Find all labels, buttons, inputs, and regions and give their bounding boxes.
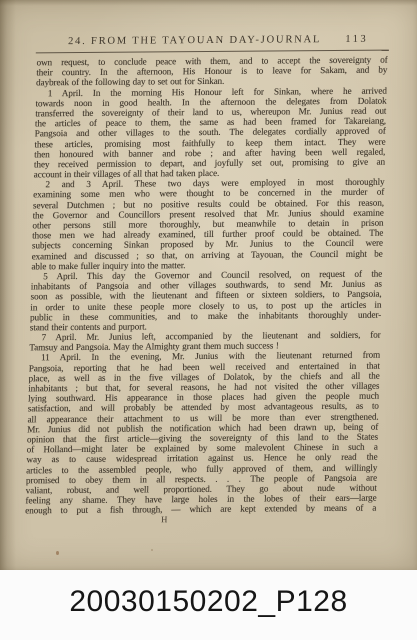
printer-signature-mark: H: [25, 513, 304, 525]
page-number: 113: [345, 34, 368, 45]
book-page: 24. FROM THE TAYOUAN DAY-JOURNAL 113 own…: [0, 0, 417, 570]
running-header: 24. FROM THE TAYOUAN DAY-JOURNAL 113: [37, 34, 388, 51]
scanned-book-photo: 24. FROM THE TAYOUAN DAY-JOURNAL 113 own…: [0, 0, 417, 640]
scan-id-strip: 20030150202_P128: [0, 570, 417, 640]
scan-id-label: 20030150202_P128: [69, 585, 347, 619]
running-header-title: 24. FROM THE TAYOUAN DAY-JOURNAL: [68, 34, 321, 47]
header-rule: [36, 50, 389, 54]
body-text: own request, to conclude peace with them…: [25, 55, 388, 516]
page-content: 24. FROM THE TAYOUAN DAY-JOURNAL 113 own…: [0, 0, 417, 570]
